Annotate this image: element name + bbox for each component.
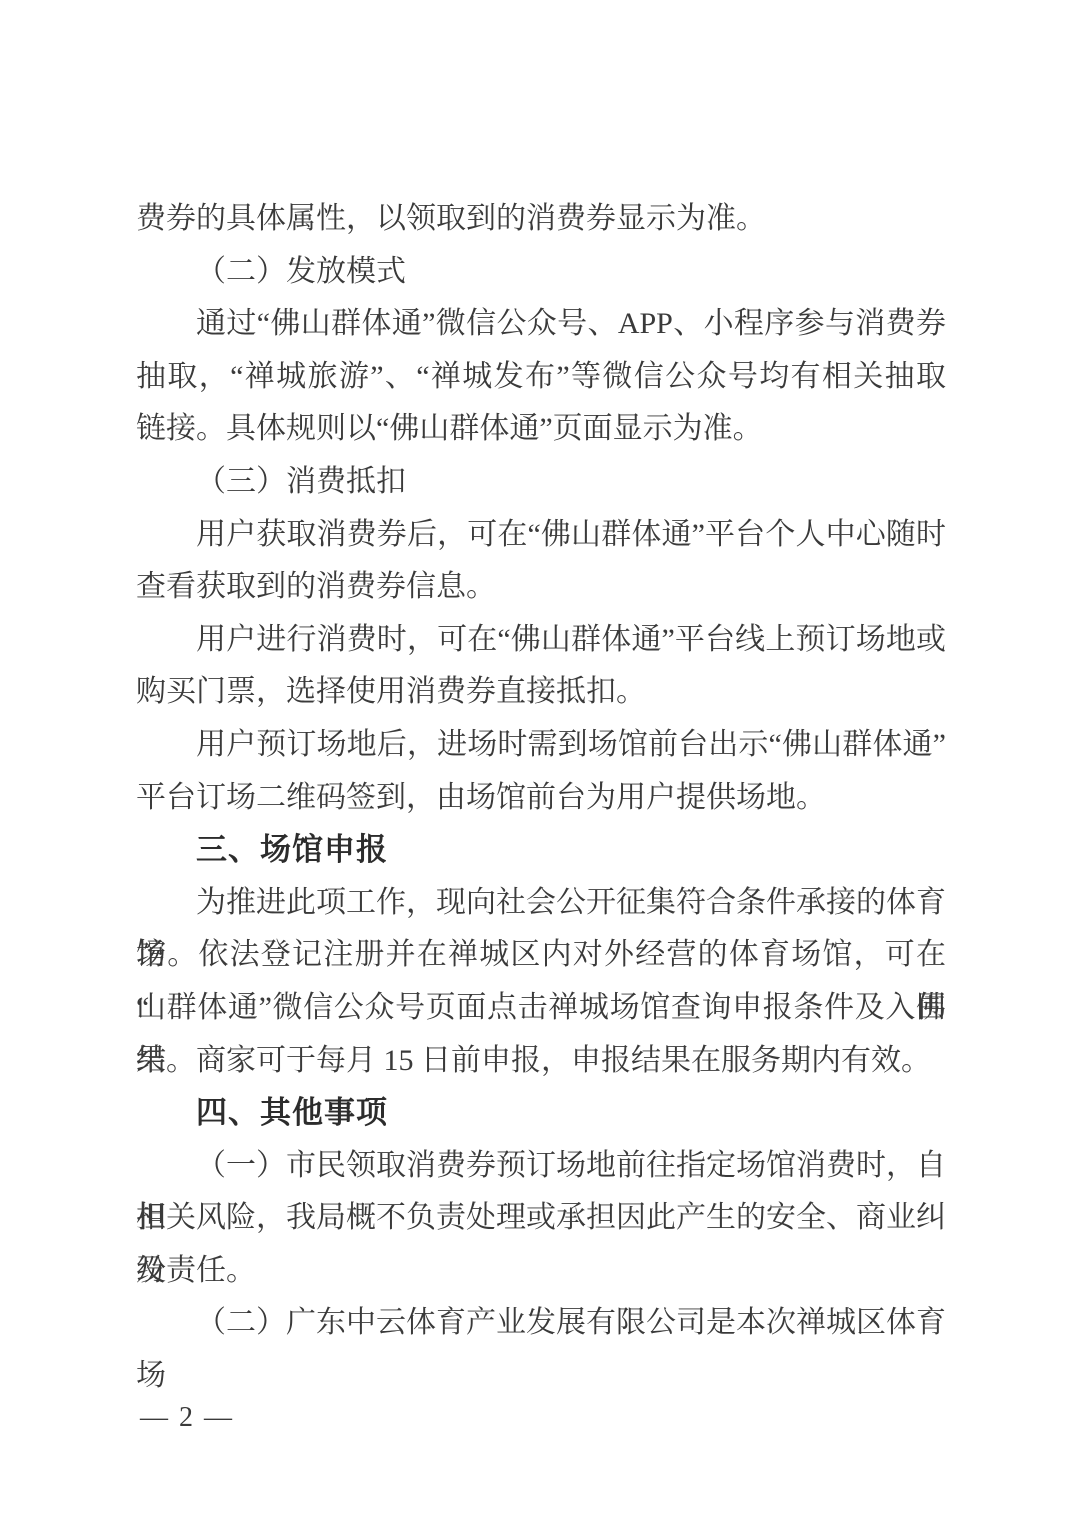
text-line: 相关风险，我局概不负责处理或承担因此产生的安全、商业纠纷 [136, 1192, 946, 1245]
document-body: 费券的具体属性，以领取到的消费券显示为准。（二）发放模式通过“佛山群体通”微信公… [136, 193, 946, 1350]
text-line: 用户获取消费券后，可在“佛山群体通”平台个人中心随时 [136, 509, 946, 562]
section-heading: 三、场馆申报 [136, 824, 946, 877]
text-line: 用户预订场地后，进场时需到场馆前台出示“佛山群体通” [136, 719, 946, 772]
text-line: （二）发放模式 [136, 246, 946, 299]
page-number: — 2 — [140, 1400, 234, 1436]
text-line: 及责任。 [136, 1245, 946, 1298]
text-line: （二）广东中云体育产业发展有限公司是本次禅城区体育场 [136, 1297, 946, 1350]
text-line: 费券的具体属性，以领取到的消费券显示为准。 [136, 193, 946, 246]
text-line: 查看获取到的消费券信息。 [136, 561, 946, 614]
text-line: 果。商家可于每月 15 日前申报，申报结果在服务期内有效。 [136, 1035, 946, 1088]
text-line: （一）市民领取消费券预订场地前往指定场馆消费时，自担 [136, 1140, 946, 1193]
text-line: 通过“佛山群体通”微信公众号、APP、小程序参与消费券 [136, 298, 946, 351]
text-line: （三）消费抵扣 [136, 456, 946, 509]
text-line: 馆。依法登记注册并在禅城区内对外经营的体育场馆，可在“佛 [136, 929, 946, 982]
text-line: 链接。具体规则以“佛山群体通”页面显示为准。 [136, 403, 946, 456]
text-line: 用户进行消费时，可在“佛山群体通”平台线上预订场地或 [136, 614, 946, 667]
section-heading: 四、其他事项 [136, 1087, 946, 1140]
text-line: 购买门票，选择使用消费券直接抵扣。 [136, 666, 946, 719]
text-line: 平台订场二维码签到，由场馆前台为用户提供场地。 [136, 772, 946, 825]
text-line: 山群体通”微信公众号页面点击禅城场馆查询申报条件及入围结 [136, 982, 946, 1035]
text-line: 为推进此项工作，现向社会公开征集符合条件承接的体育场 [136, 877, 946, 930]
document-page: 费券的具体属性，以领取到的消费券显示为准。（二）发放模式通过“佛山群体通”微信公… [0, 0, 1080, 1527]
text-line: 抽取，“禅城旅游”、“禅城发布”等微信公众号均有相关抽取 [136, 351, 946, 404]
